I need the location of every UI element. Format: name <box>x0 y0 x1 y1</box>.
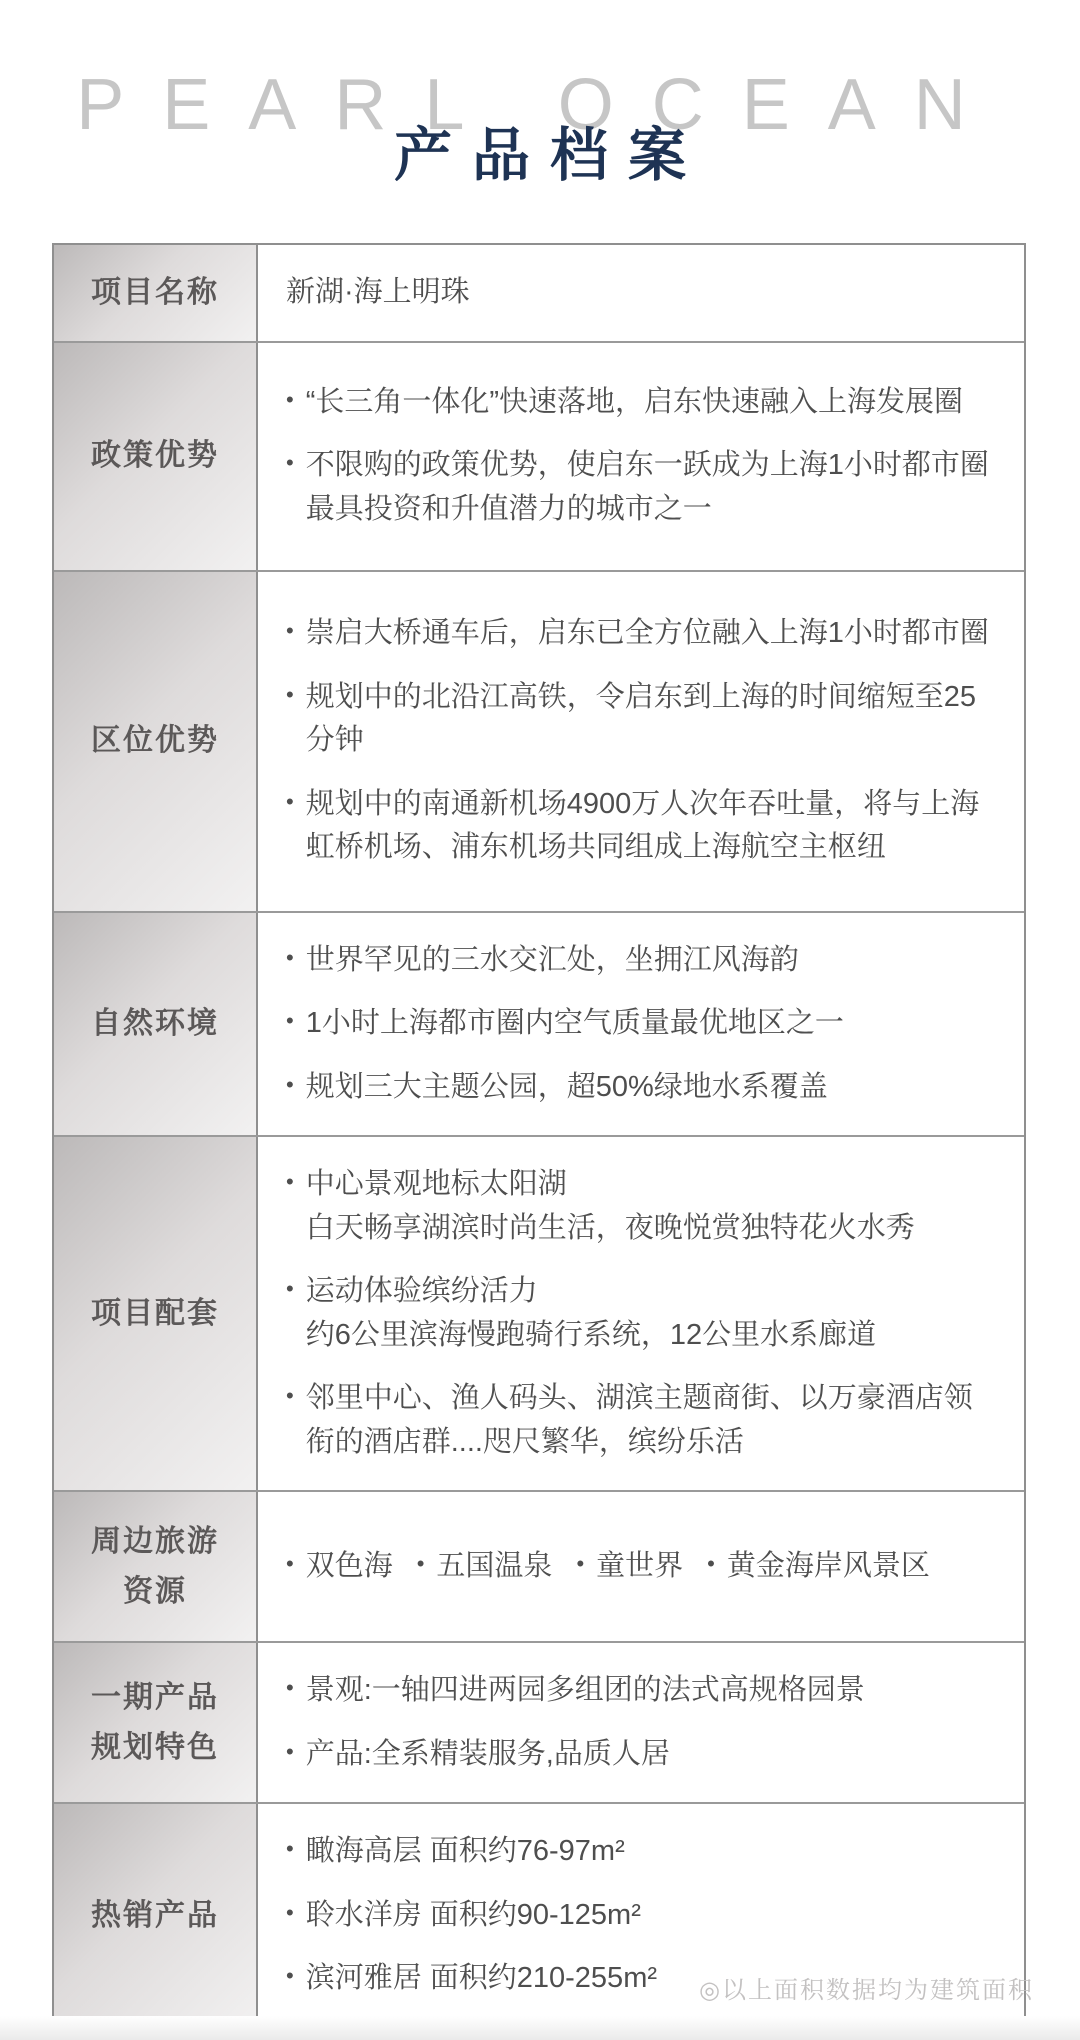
list-item: •双色海 <box>286 1545 393 1589</box>
row-label: 项目名称 <box>54 245 258 341</box>
bullet-icon: • <box>286 1894 294 1938</box>
item-text: 运动体验缤纷活力 约6公里滨海慢跑骑行系统，12公里水系廊道 <box>306 1270 876 1357</box>
list-item: •中心景观地标太阳湖 白天畅享湖滨时尚生活，夜晚悦赏独特花火水秀 <box>286 1163 1000 1250</box>
item-text: 双色海 <box>306 1545 393 1589</box>
row-label: 一期产品 规划特色 <box>54 1643 258 1802</box>
list-item: •黄金海岸风景区 <box>707 1545 930 1589</box>
bullet-icon: • <box>707 1545 715 1589</box>
list-item: •五国温泉 <box>417 1545 553 1589</box>
bullet-icon: • <box>286 1270 294 1357</box>
bullet-icon: • <box>286 676 294 763</box>
list-item: •1小时上海都市圈内空气质量最优地区之一 <box>286 1002 1000 1046</box>
row-label: 政策优势 <box>54 343 258 570</box>
row-label: 自然环境 <box>54 913 258 1136</box>
table-row: 一期产品 规划特色•景观:一轴四进两园多组团的法式高规格园景•产品:全系精装服务… <box>54 1643 1024 1804</box>
bullet-icon: • <box>286 1733 294 1777</box>
bullet-icon: • <box>286 1002 294 1046</box>
bullet-icon: • <box>286 381 294 425</box>
list-item: •规划中的北沿江高铁，令启东到上海的时间缩短至25分钟 <box>286 676 1000 763</box>
row-content: •景观:一轴四进两园多组团的法式高规格园景•产品:全系精装服务,品质人居 <box>258 1643 1024 1802</box>
list-item: •运动体验缤纷活力 约6公里滨海慢跑骑行系统，12公里水系廊道 <box>286 1270 1000 1357</box>
row-label: 项目配套 <box>54 1137 258 1490</box>
page-title: 产品档案 <box>0 108 1080 192</box>
list-item: 新湖·海上明珠 <box>286 271 1000 315</box>
list-item: •景观:一轴四进两园多组团的法式高规格园景 <box>286 1669 1000 1713</box>
list-item: •瞰海高层 面积约76-97m² <box>286 1830 1000 1874</box>
row-label: 周边旅游 资源 <box>54 1492 258 1641</box>
list-item: •聆水洋房 面积约90-125m² <box>286 1894 1000 1938</box>
inline-item-list: •双色海•五国温泉•童世界•黄金海岸风景区 <box>286 1545 1000 1589</box>
bottom-fade-band <box>0 2016 1080 2040</box>
list-item: •世界罕见的三水交汇处，坐拥江风海韵 <box>286 939 1000 983</box>
row-content: •崇启大桥通车后，启东已全方位融入上海1小时都市圈•规划中的北沿江高铁，令启东到… <box>258 572 1024 911</box>
row-content: •世界罕见的三水交汇处，坐拥江风海韵•1小时上海都市圈内空气质量最优地区之一•规… <box>258 913 1024 1136</box>
row-label: 区位优势 <box>54 572 258 911</box>
item-text: 规划中的北沿江高铁，令启东到上海的时间缩短至25分钟 <box>306 676 1000 763</box>
item-text: 瞰海高层 面积约76-97m² <box>306 1830 625 1874</box>
row-label: 热销产品 <box>54 1804 258 2027</box>
list-item: •规划中的南通新机场4900万人次年吞吐量，将与上海虹桥机场、浦东机场共同组成上… <box>286 783 1000 870</box>
bullet-icon: • <box>286 783 294 870</box>
product-archive-table: 项目名称新湖·海上明珠政策优势•“长三角一体化”快速落地，启东快速融入上海发展圈… <box>52 243 1026 2029</box>
table-row: 周边旅游 资源•双色海•五国温泉•童世界•黄金海岸风景区 <box>54 1492 1024 1643</box>
row-content: •双色海•五国温泉•童世界•黄金海岸风景区 <box>258 1492 1024 1641</box>
item-text: 崇启大桥通车后，启东已全方位融入上海1小时都市圈 <box>306 612 989 656</box>
item-text: 规划三大主题公园，超50%绿地水系覆盖 <box>306 1066 828 1110</box>
table-row: 区位优势•崇启大桥通车后，启东已全方位融入上海1小时都市圈•规划中的北沿江高铁，… <box>54 572 1024 913</box>
table-row: 项目配套•中心景观地标太阳湖 白天畅享湖滨时尚生活，夜晚悦赏独特花火水秀•运动体… <box>54 1137 1024 1492</box>
item-text: “长三角一体化”快速落地，启东快速融入上海发展圈 <box>306 381 963 425</box>
footer-note: ◎以上面积数据均为建筑面积 <box>699 1970 1034 2005</box>
table-row: 政策优势•“长三角一体化”快速落地，启东快速融入上海发展圈•不限购的政策优势，使… <box>54 343 1024 572</box>
item-text: 滨河雅居 面积约210-255m² <box>306 1957 657 2001</box>
bullet-icon: • <box>286 1545 294 1589</box>
item-text: 1小时上海都市圈内空气质量最优地区之一 <box>306 1002 844 1046</box>
list-item: •“长三角一体化”快速落地，启东快速融入上海发展圈 <box>286 381 1000 425</box>
table-row: 自然环境•世界罕见的三水交汇处，坐拥江风海韵•1小时上海都市圈内空气质量最优地区… <box>54 913 1024 1138</box>
list-item: •不限购的政策优势，使启东一跃成为上海1小时都市圈最具投资和升值潜力的城市之一 <box>286 444 1000 531</box>
page-header: PEARL OCEAN 产品档案 <box>0 0 1080 243</box>
bullet-icon: • <box>286 939 294 983</box>
bullet-icon: • <box>417 1545 425 1589</box>
row-content: •“长三角一体化”快速落地，启东快速融入上海发展圈•不限购的政策优势，使启东一跃… <box>258 343 1024 570</box>
bullet-icon: • <box>286 612 294 656</box>
list-item: •崇启大桥通车后，启东已全方位融入上海1小时都市圈 <box>286 612 1000 656</box>
item-text: 邻里中心、渔人码头、湖滨主题商街、以万豪酒店领衔的酒店群....咫尺繁华，缤纷乐… <box>306 1377 1000 1464</box>
bullet-icon: • <box>286 1377 294 1464</box>
table-row: 项目名称新湖·海上明珠 <box>54 245 1024 343</box>
item-text: 黄金海岸风景区 <box>727 1545 930 1589</box>
list-item: •规划三大主题公园，超50%绿地水系覆盖 <box>286 1066 1000 1110</box>
row-content: •中心景观地标太阳湖 白天畅享湖滨时尚生活，夜晚悦赏独特花火水秀•运动体验缤纷活… <box>258 1137 1024 1490</box>
item-text: 五国温泉 <box>436 1545 552 1589</box>
list-item: •产品:全系精装服务,品质人居 <box>286 1733 1000 1777</box>
list-item: •邻里中心、渔人码头、湖滨主题商街、以万豪酒店领衔的酒店群....咫尺繁华，缤纷… <box>286 1377 1000 1464</box>
row-content: 新湖·海上明珠 <box>258 245 1024 341</box>
bullet-icon: • <box>286 1163 294 1250</box>
item-text: 规划中的南通新机场4900万人次年吞吐量，将与上海虹桥机场、浦东机场共同组成上海… <box>306 783 1000 870</box>
bullet-icon: • <box>286 1830 294 1874</box>
item-text: 新湖·海上明珠 <box>286 271 470 315</box>
item-text: 产品:全系精装服务,品质人居 <box>306 1733 670 1777</box>
item-text: 中心景观地标太阳湖 白天畅享湖滨时尚生活，夜晚悦赏独特花火水秀 <box>306 1163 915 1250</box>
list-item: •童世界 <box>576 1545 683 1589</box>
bullet-icon: • <box>286 1066 294 1110</box>
item-text: 童世界 <box>596 1545 683 1589</box>
item-text: 景观:一轴四进两园多组团的法式高规格园景 <box>306 1669 865 1713</box>
item-text: 聆水洋房 面积约90-125m² <box>306 1894 641 1938</box>
bullet-icon: • <box>286 444 294 531</box>
item-text: 不限购的政策优势，使启东一跃成为上海1小时都市圈最具投资和升值潜力的城市之一 <box>306 444 1000 531</box>
bullet-icon: • <box>286 1669 294 1713</box>
bullet-icon: • <box>576 1545 584 1589</box>
bullet-icon: • <box>286 1957 294 2001</box>
item-text: 世界罕见的三水交汇处，坐拥江风海韵 <box>306 939 799 983</box>
